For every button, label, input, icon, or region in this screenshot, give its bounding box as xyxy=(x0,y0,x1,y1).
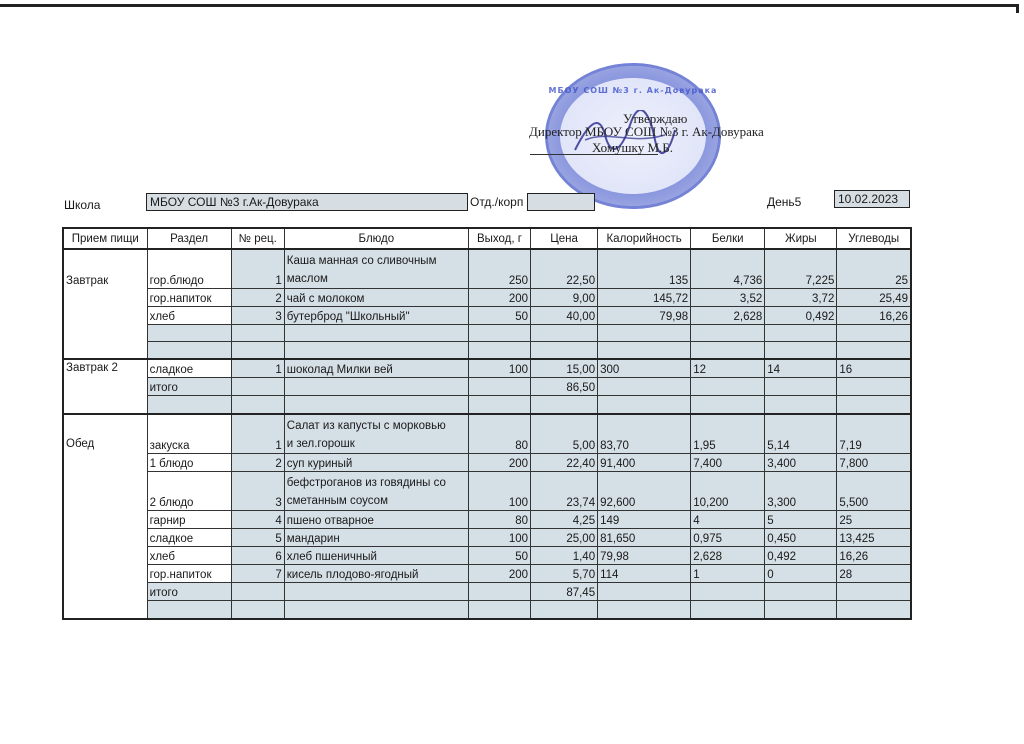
recipe-cell xyxy=(231,396,284,415)
price-cell: 22,40 xyxy=(531,454,598,472)
price-cell xyxy=(531,342,598,360)
table-row xyxy=(63,601,911,620)
meal-name: Завтрак xyxy=(66,250,145,288)
carbs-cell: 25 xyxy=(837,249,911,289)
protein-cell: 2,628 xyxy=(691,547,765,565)
protein-cell: 7,400 xyxy=(691,454,765,472)
protein-cell xyxy=(691,601,765,620)
fat-cell: 5 xyxy=(765,511,837,529)
calories-cell xyxy=(598,342,691,360)
output-cell xyxy=(468,378,530,396)
fat-cell xyxy=(765,325,837,342)
dish-name-line1: Салат из капусты с морковью xyxy=(287,417,466,435)
carbs-cell xyxy=(837,601,911,620)
dish-cell: суп куриный xyxy=(284,454,468,472)
calories-cell xyxy=(598,583,691,601)
recipe-cell: 7 xyxy=(231,565,284,583)
table-row: 2 блюдо3бефстроганов из говядины сосмета… xyxy=(63,472,911,511)
output-cell xyxy=(468,396,530,415)
section-cell xyxy=(147,342,231,360)
col-header-fat: Жиры xyxy=(765,228,837,249)
fat-cell: 0,450 xyxy=(765,529,837,547)
protein-cell: 12 xyxy=(691,359,765,378)
page-top-border xyxy=(0,4,1018,7)
dish-cell: бутерброд "Школьный" xyxy=(284,307,468,325)
meal-name: Завтрак 2 xyxy=(66,360,145,375)
fat-cell: 0,492 xyxy=(765,307,837,325)
dish-cell: Каша манная со сливочныммаслом xyxy=(284,249,468,289)
protein-cell xyxy=(691,396,765,415)
recipe-cell: 3 xyxy=(231,472,284,511)
price-cell xyxy=(531,396,598,415)
output-cell: 200 xyxy=(468,289,530,307)
recipe-cell: 1 xyxy=(231,414,284,454)
output-cell xyxy=(468,342,530,360)
section-cell: 1 блюдо xyxy=(147,454,231,472)
carbs-cell xyxy=(837,342,911,360)
section-cell xyxy=(147,396,231,415)
section-cell: гор.напиток xyxy=(147,289,231,307)
output-cell xyxy=(468,583,530,601)
calories-cell: 79,98 xyxy=(598,547,691,565)
col-header-dish: Блюдо xyxy=(284,228,468,249)
recipe-cell xyxy=(231,325,284,342)
calories-cell: 149 xyxy=(598,511,691,529)
table-header-row: Прием пищи Раздел № рец. Блюдо Выход, г … xyxy=(63,228,911,249)
dept-field xyxy=(527,193,595,211)
fat-cell: 7,225 xyxy=(765,249,837,289)
protein-cell xyxy=(691,342,765,360)
output-cell: 100 xyxy=(468,359,530,378)
carbs-cell: 25 xyxy=(837,511,911,529)
calories-cell xyxy=(598,396,691,415)
protein-cell: 4,736 xyxy=(691,249,765,289)
recipe-cell xyxy=(231,378,284,396)
dish-cell xyxy=(284,325,468,342)
table-row: сладкое5мандарин10025,0081,6500,9750,450… xyxy=(63,529,911,547)
stamp-text: МБОУ СОШ №3 г. Ак-Довурака xyxy=(548,86,718,95)
recipe-cell xyxy=(231,583,284,601)
fat-cell xyxy=(765,396,837,415)
table-row: 1 блюдо2суп куриный20022,4091,4007,4003,… xyxy=(63,454,911,472)
calories-cell: 92,600 xyxy=(598,472,691,511)
dish-cell: хлеб пшеничный xyxy=(284,547,468,565)
section-cell: гор.блюдо xyxy=(147,249,231,289)
recipe-cell: 5 xyxy=(231,529,284,547)
carbs-cell: 13,425 xyxy=(837,529,911,547)
carbs-cell: 7,19 xyxy=(837,414,911,454)
calories-cell: 135 xyxy=(598,249,691,289)
dish-name-line2: и зел.горошк xyxy=(287,435,466,453)
school-label: Школа xyxy=(64,198,100,212)
section-cell: сладкое xyxy=(147,359,231,378)
section-cell xyxy=(147,325,231,342)
output-cell: 100 xyxy=(468,472,530,511)
carbs-cell: 5,500 xyxy=(837,472,911,511)
price-cell: 9,00 xyxy=(531,289,598,307)
col-header-protein: Белки xyxy=(691,228,765,249)
carbs-cell xyxy=(837,583,911,601)
output-cell: 80 xyxy=(468,511,530,529)
fat-cell: 3,400 xyxy=(765,454,837,472)
section-cell: гарнир xyxy=(147,511,231,529)
dish-cell xyxy=(284,583,468,601)
col-header-recipe: № рец. xyxy=(231,228,284,249)
page-top-border-corner xyxy=(1016,4,1019,13)
fat-cell xyxy=(765,342,837,360)
section-cell: хлеб xyxy=(147,307,231,325)
table-row: хлеб3бутерброд "Школьный"5040,0079,982,6… xyxy=(63,307,911,325)
fat-cell: 5,14 xyxy=(765,414,837,454)
dish-name-line1: бефстроганов из говядины со xyxy=(287,474,466,492)
price-cell: 25,00 xyxy=(531,529,598,547)
table-row: Обедзакуска1Салат из капусты с морковьюи… xyxy=(63,414,911,454)
calories-cell xyxy=(598,601,691,620)
protein-cell: 3,52 xyxy=(691,289,765,307)
protein-cell xyxy=(691,583,765,601)
dish-cell: чай с молоком xyxy=(284,289,468,307)
dish-cell: шоколад Милки вей xyxy=(284,359,468,378)
dish-name-line2: сметанным соусом xyxy=(287,492,466,510)
protein-cell: 2,628 xyxy=(691,307,765,325)
output-cell: 100 xyxy=(468,529,530,547)
carbs-cell: 25,49 xyxy=(837,289,911,307)
calories-cell: 79,98 xyxy=(598,307,691,325)
calories-cell: 300 xyxy=(598,359,691,378)
carbs-cell xyxy=(837,378,911,396)
col-header-price: Цена xyxy=(531,228,598,249)
dish-cell xyxy=(284,378,468,396)
recipe-cell: 1 xyxy=(231,359,284,378)
output-cell: 80 xyxy=(468,414,530,454)
recipe-cell: 2 xyxy=(231,454,284,472)
table-row: гор.напиток2чай с молоком2009,00145,723,… xyxy=(63,289,911,307)
table-row: хлеб6хлеб пшеничный501,4079,982,6280,492… xyxy=(63,547,911,565)
meal-name-cell: Обед xyxy=(63,414,147,619)
dept-label: Отд./корп xyxy=(470,195,523,209)
price-cell: 4,25 xyxy=(531,511,598,529)
recipe-cell: 2 xyxy=(231,289,284,307)
section-cell: гор.напиток xyxy=(147,565,231,583)
dish-name-line1: Каша манная со сливочным xyxy=(287,252,466,270)
fat-cell xyxy=(765,601,837,620)
meal-name: Обед xyxy=(66,415,145,451)
carbs-cell: 16,26 xyxy=(837,307,911,325)
approval-name: Хомушку М.Б. xyxy=(592,140,673,156)
dish-cell: Салат из капусты с морковьюи зел.горошк xyxy=(284,414,468,454)
output-cell: 50 xyxy=(468,547,530,565)
price-cell xyxy=(531,601,598,620)
table-row: итого86,50 xyxy=(63,378,911,396)
price-cell: 23,74 xyxy=(531,472,598,511)
school-field: МБОУ СОШ №3 г.Ак-Довурака xyxy=(146,193,468,211)
table-row: Завтракгор.блюдо1Каша манная со сливочны… xyxy=(63,249,911,289)
price-cell: 5,70 xyxy=(531,565,598,583)
dish-cell xyxy=(284,342,468,360)
approval-position: Директор МБОУ СОШ №3 г. Ак-Довурака xyxy=(529,124,764,140)
calories-cell xyxy=(598,378,691,396)
protein-cell: 0,975 xyxy=(691,529,765,547)
col-header-calories: Калорийность xyxy=(598,228,691,249)
protein-cell: 1 xyxy=(691,565,765,583)
day-label: День5 xyxy=(767,195,801,209)
table-row: гор.напиток7кисель плодово-ягодный2005,7… xyxy=(63,565,911,583)
price-cell: 1,40 xyxy=(531,547,598,565)
fat-cell: 3,300 xyxy=(765,472,837,511)
carbs-cell xyxy=(837,396,911,415)
price-cell: 15,00 xyxy=(531,359,598,378)
price-cell: 22,50 xyxy=(531,249,598,289)
fat-cell: 0,492 xyxy=(765,547,837,565)
recipe-cell: 1 xyxy=(231,249,284,289)
table-row xyxy=(63,396,911,415)
col-header-section: Раздел xyxy=(147,228,231,249)
dish-cell: пшено отварное xyxy=(284,511,468,529)
section-cell: итого xyxy=(147,378,231,396)
carbs-cell: 28 xyxy=(837,565,911,583)
recipe-cell xyxy=(231,601,284,620)
fat-cell: 0 xyxy=(765,565,837,583)
price-cell: 40,00 xyxy=(531,307,598,325)
dish-cell xyxy=(284,396,468,415)
dish-cell: кисель плодово-ягодный xyxy=(284,565,468,583)
price-cell: 86,50 xyxy=(531,378,598,396)
calories-cell xyxy=(598,325,691,342)
section-cell: итого xyxy=(147,583,231,601)
protein-cell: 1,95 xyxy=(691,414,765,454)
protein-cell: 4 xyxy=(691,511,765,529)
table-row: итого87,45 xyxy=(63,583,911,601)
protein-cell xyxy=(691,325,765,342)
menu-table-body: Завтракгор.блюдо1Каша манная со сливочны… xyxy=(63,249,911,619)
col-header-output: Выход, г xyxy=(468,228,530,249)
recipe-cell: 4 xyxy=(231,511,284,529)
carbs-cell: 16,26 xyxy=(837,547,911,565)
section-cell: 2 блюдо xyxy=(147,472,231,511)
dish-cell: мандарин xyxy=(284,529,468,547)
output-cell: 200 xyxy=(468,565,530,583)
section-cell: хлеб xyxy=(147,547,231,565)
price-cell: 5,00 xyxy=(531,414,598,454)
output-cell: 250 xyxy=(468,249,530,289)
carbs-cell: 7,800 xyxy=(837,454,911,472)
meal-name-cell: Завтрак 2 xyxy=(63,359,147,414)
output-cell: 200 xyxy=(468,454,530,472)
dish-cell xyxy=(284,601,468,620)
calories-cell: 145,72 xyxy=(598,289,691,307)
recipe-cell: 3 xyxy=(231,307,284,325)
calories-cell: 81,650 xyxy=(598,529,691,547)
meal-name-cell: Завтрак xyxy=(63,249,147,359)
calories-cell: 114 xyxy=(598,565,691,583)
col-header-meal: Прием пищи xyxy=(63,228,147,249)
table-row: Завтрак 2сладкое1шоколад Милки вей10015,… xyxy=(63,359,911,378)
table-row xyxy=(63,325,911,342)
fat-cell xyxy=(765,378,837,396)
table-row xyxy=(63,342,911,360)
fat-cell: 3,72 xyxy=(765,289,837,307)
carbs-cell: 16 xyxy=(837,359,911,378)
price-cell xyxy=(531,325,598,342)
calories-cell: 83,70 xyxy=(598,414,691,454)
recipe-cell: 6 xyxy=(231,547,284,565)
calories-cell: 91,400 xyxy=(598,454,691,472)
recipe-cell xyxy=(231,342,284,360)
output-cell xyxy=(468,325,530,342)
protein-cell: 10,200 xyxy=(691,472,765,511)
date-field: 10.02.2023 xyxy=(834,190,910,208)
output-cell: 50 xyxy=(468,307,530,325)
dish-name-line2: маслом xyxy=(287,270,466,288)
table-row: гарнир4пшено отварное804,251494525 xyxy=(63,511,911,529)
price-cell: 87,45 xyxy=(531,583,598,601)
carbs-cell xyxy=(837,325,911,342)
menu-table: Прием пищи Раздел № рец. Блюдо Выход, г … xyxy=(62,227,912,620)
section-cell xyxy=(147,601,231,620)
section-cell: сладкое xyxy=(147,529,231,547)
fat-cell xyxy=(765,583,837,601)
protein-cell xyxy=(691,378,765,396)
fat-cell: 14 xyxy=(765,359,837,378)
col-header-carbs: Углеводы xyxy=(837,228,911,249)
section-cell: закуска xyxy=(147,414,231,454)
dish-cell: бефстроганов из говядины сосметанным соу… xyxy=(284,472,468,511)
output-cell xyxy=(468,601,530,620)
